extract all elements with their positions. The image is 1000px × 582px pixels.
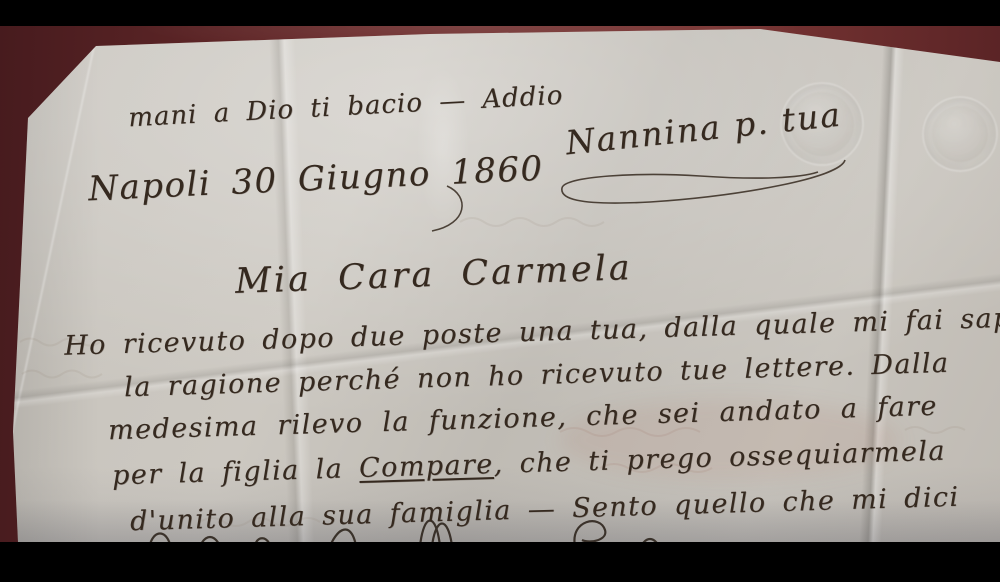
salutation: Mia Cara Carmela xyxy=(235,251,634,300)
closing-line: mani a Dio ti bacio — Addio xyxy=(128,83,564,132)
letterbox-bar-bottom xyxy=(0,542,1000,582)
vertical-fold-crease-right xyxy=(859,33,905,553)
paper-sheen xyxy=(408,40,478,250)
embossed-seal-right xyxy=(922,96,998,172)
letter-paper: mani a Dio ti bacio — Addio Nannina p. t… xyxy=(0,0,1000,582)
underlined-word-compare: Compare xyxy=(359,449,494,484)
body-line-4-pre: per la figlia la xyxy=(112,453,360,491)
body-line-4: per la figlia la Compare, che ti prego o… xyxy=(112,438,946,490)
letterbox-bar-top xyxy=(0,0,1000,26)
photo-of-handwritten-letter: mani a Dio ti bacio — Addio Nannina p. t… xyxy=(0,0,1000,582)
